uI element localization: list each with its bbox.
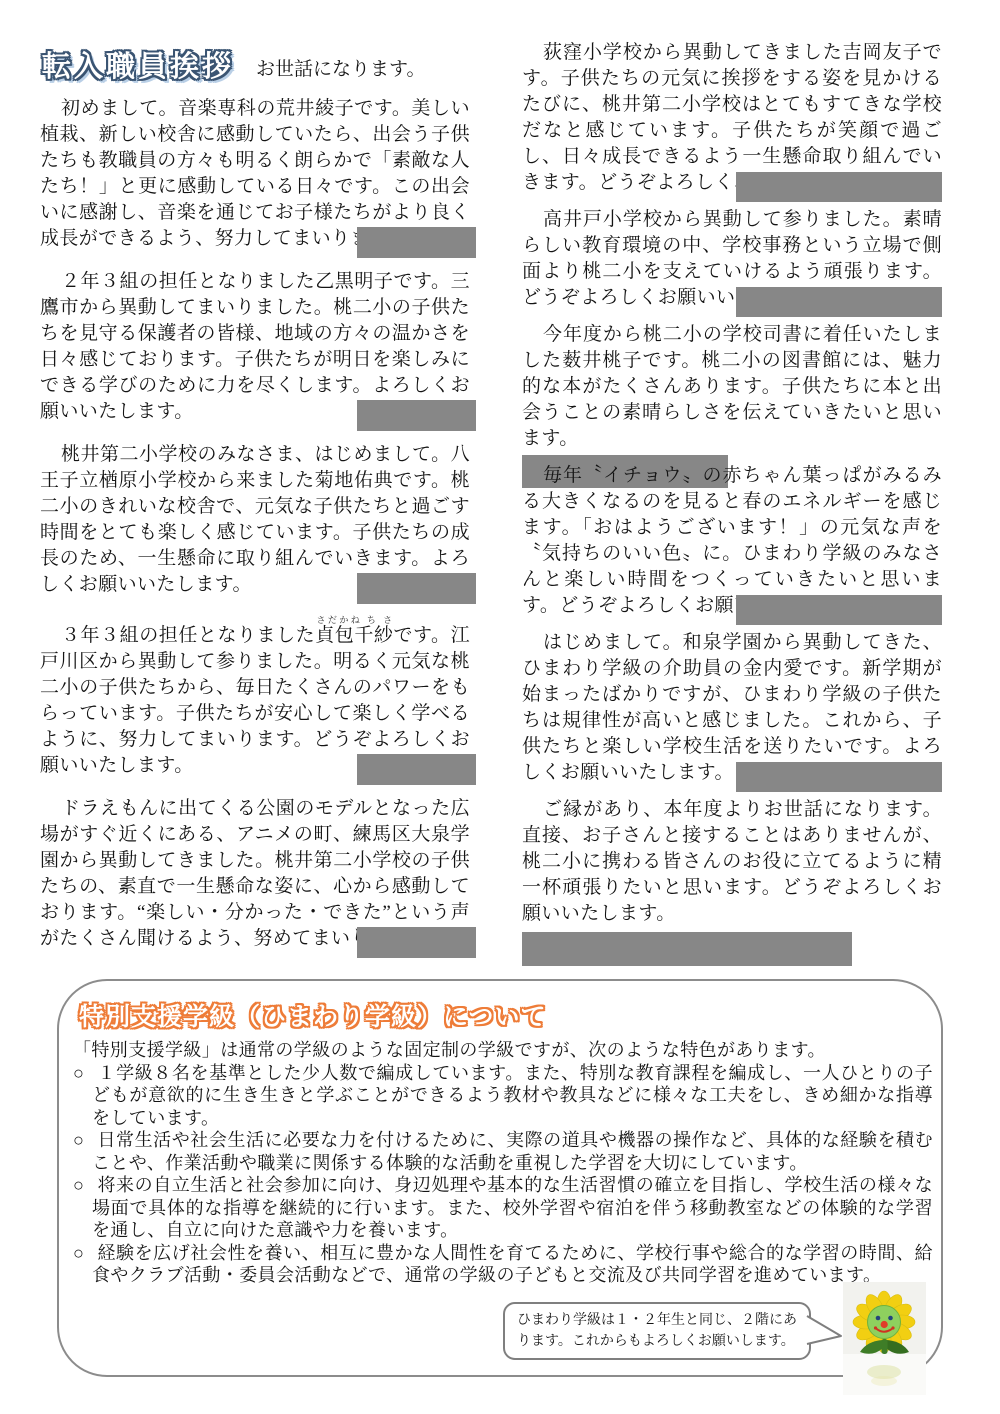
sunflower-icon [843, 1282, 926, 1395]
redacted-name-box [357, 400, 476, 431]
bullet-text: 将来の自立生活と社会参加に向け、身辺処理や基本的な生活習慣の確立を目指し、学校生… [92, 1175, 933, 1240]
redacted-name-box [736, 287, 942, 317]
circle-bullet-icon: ○ [73, 1175, 84, 1195]
paragraph-text: はじめまして。和泉学園から異動してきた、ひまわり学級の介助員の金内愛です。新学期… [522, 632, 942, 783]
speech-bubble-tail [805, 1315, 843, 1347]
special-section-intro: 「特別支援学級」は通常の学級のような固定制の学級ですが、次のような特色があります… [73, 1039, 933, 1062]
header-greeting: お世話になります。 [256, 48, 425, 81]
paragraph-text: 今年度から桃二小の学校司書に着任いたしました薮井桃子です。桃二小の図書館には、魅… [522, 324, 942, 449]
bullet-text: 日常生活や社会生活に必要な力を付けるために、実際の道具や機器の操作など、具体的な… [92, 1130, 933, 1173]
staff-greeting-paragraph: 今年度から桃二小の学校司書に着任いたしました薮井桃子です。桃二小の図書館には、魅… [522, 322, 942, 452]
right-column: 荻窪小学校から異動してきました吉岡友子です。子供たちの元気に挨拶をする姿を見かけ… [522, 40, 942, 938]
special-section-body: 「特別支援学級」は通常の学級のような固定制の学級ですが、次のような特色があります… [73, 1039, 933, 1287]
sunflower-mascot-photo [843, 1282, 926, 1395]
newsletter-page: 転入職員挨拶 お世話になります。 初めまして。音楽専科の荒井綾子です。美しい植栽… [0, 0, 1000, 1414]
staff-greeting-paragraph: はじめまして。和泉学園から異動してきた、ひまわり学級の介助員の金内愛です。新学期… [522, 630, 942, 786]
bullet-text: １学級８名を基準とした少人数で編成しています。また、特別な教育課程を編成し、一人… [92, 1063, 933, 1128]
bullet-text: 経験を広げ社会性を養い、相互に豊かな人間性を育てるために、学校行事や総合的な学習… [92, 1243, 933, 1286]
paragraph-text: ご縁があり、本年度よりお世話になります。直接、お子さんと接することはありませんが… [522, 799, 942, 924]
staff-greeting-paragraph: 初めまして。音楽専科の荒井綾子です。美しい植栽、新しい校舎に感動していたら、出会… [40, 96, 470, 252]
redacted-name-box [736, 762, 942, 792]
staff-greeting-paragraph: ご縁があり、本年度よりお世話になります。直接、お子さんと接することはありませんが… [522, 797, 942, 927]
redacted-name-box [522, 932, 852, 966]
redacted-name-box [736, 595, 942, 625]
left-column: 初めまして。音楽専科の荒井綾子です。美しい植栽、新しい校舎に感動していたら、出会… [40, 96, 470, 969]
circle-bullet-icon: ○ [73, 1063, 84, 1083]
feature-bullet: ○日常生活や社会生活に必要な力を付けるために、実際の道具や機器の操作など、具体的… [73, 1129, 933, 1174]
circle-bullet-icon: ○ [73, 1243, 84, 1263]
staff-greeting-paragraph: ドラえもんに出てくる公園のモデルとなった広場がすぐ近くにある、アニメの町、練馬区… [40, 796, 470, 952]
feature-bullet: ○将来の自立生活と社会参加に向け、身辺処理や基本的な生活習慣の確立を目指し、学校… [73, 1174, 933, 1242]
paragraph-text: 荻窪小学校から異動してきました吉岡友子です。子供たちの元気に挨拶をする姿を見かけ… [522, 42, 942, 193]
staff-greeting-paragraph: ２年３組の担任となりました乙黒明子です。三鷹市から異動してまいりました。桃二小の… [40, 269, 470, 425]
name-with-furigana: 貞包千紗さだかね ち さ [315, 625, 393, 646]
staff-greeting-paragraph: 高井戸小学校から異動して参りました。素晴らしい教育環境の中、学校事務という立場で… [522, 207, 942, 311]
feature-bullet: ○経験を広げ社会性を養い、相互に豊かな人間性を育てるために、学校行事や総合的な学… [73, 1242, 933, 1287]
redacted-name-box [736, 172, 942, 202]
staff-greeting-paragraph: 荻窪小学校から異動してきました吉岡友子です。子供たちの元気に挨拶をする姿を見かけ… [522, 40, 942, 196]
speech-bubble: ひまわり学級は１・２年生と同じ、２階にあります。これからもよろしくお願いします。 [503, 1302, 811, 1360]
paragraph-text: 毎年〝イチョウ〟の赤ちゃん葉っぱがみるみる大きくなるのを見ると春のエネルギーを感… [522, 465, 942, 616]
redacted-name-box [357, 573, 476, 604]
redacted-name-box [357, 227, 476, 258]
staff-greeting-paragraph: ３年３組の担任となりました貞包千紗さだかね ち さです。江戸川区から異動して参り… [40, 615, 470, 779]
special-section-title: 特別支援学級（ひまわり学級）について [79, 997, 933, 1033]
redacted-name-box [357, 927, 476, 958]
staff-greeting-paragraph: 桃井第二小学校のみなさま、はじめまして。八王子立楢原小学校から来ました菊地佑典で… [40, 442, 470, 598]
page-header: 転入職員挨拶 お世話になります。 [42, 44, 426, 85]
redacted-name-box [357, 754, 476, 785]
ruby-text: さだかね ち さ [315, 615, 393, 625]
circle-bullet-icon: ○ [73, 1130, 84, 1150]
staff-greeting-paragraph: 毎年〝イチョウ〟の赤ちゃん葉っぱがみるみる大きくなるのを見ると春のエネルギーを感… [522, 463, 942, 619]
page-title: 転入職員挨拶 [42, 44, 234, 85]
ruby-base: 貞包千紗 [315, 625, 393, 646]
paragraph-text: ３年３組の担任となりました [61, 625, 315, 646]
speech-bubble-text: ひまわり学級は１・２年生と同じ、２階にあります。これからもよろしくお願いします。 [517, 1313, 797, 1349]
feature-bullet: ○１学級８名を基準とした少人数で編成しています。また、特別な教育課程を編成し、一… [73, 1062, 933, 1130]
